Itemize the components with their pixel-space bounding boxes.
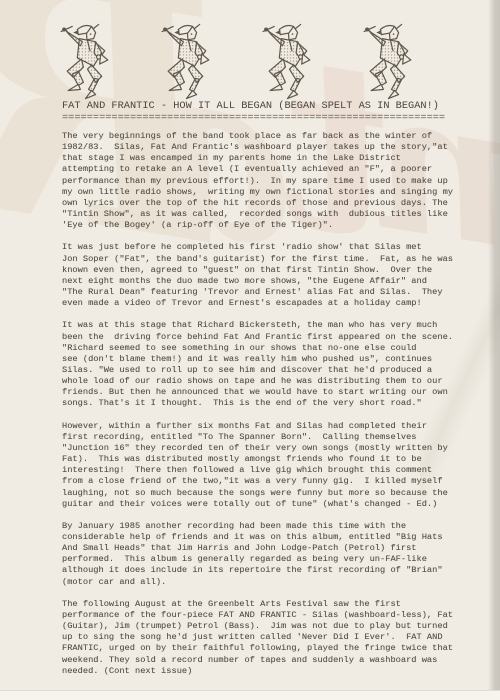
dancing-man-icon <box>360 20 423 100</box>
dancing-man-icon <box>158 20 221 100</box>
article-paragraph: By January 1985 another recording had be… <box>62 521 467 588</box>
article-paragraph: It was at this stage that Richard Bicker… <box>62 320 467 409</box>
article-body: The very beginnings of the band took pla… <box>62 131 467 688</box>
dancing-man-icon <box>57 20 120 100</box>
article-paragraph: The following August at the Greenbelt Ar… <box>62 599 467 677</box>
page-bottom-edge <box>0 690 500 700</box>
fanzine-scanned-page: R a t n <box>0 0 500 700</box>
dancing-man-icon <box>259 20 322 100</box>
article-paragraph: However, within a further six months Fat… <box>62 421 467 510</box>
page-title: FAT AND FRANTIC - HOW IT ALL BEGAN (BEGA… <box>62 100 439 112</box>
page-edge-shadow <box>488 0 500 700</box>
title-underline: ========================================… <box>62 112 445 124</box>
dancers-row <box>57 20 423 100</box>
article-paragraph: The very beginnings of the band took pla… <box>62 131 467 231</box>
article-paragraph: It was just before he completed his firs… <box>62 242 467 309</box>
